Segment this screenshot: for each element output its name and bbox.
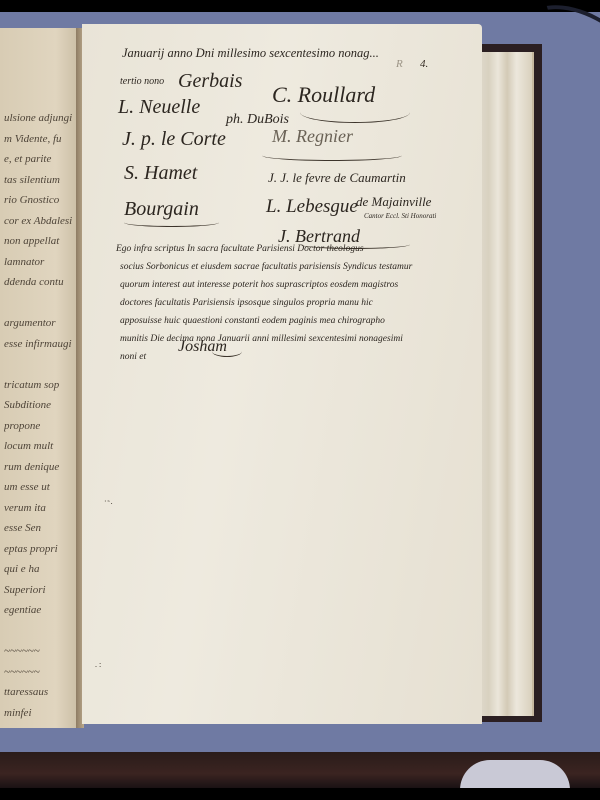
text-line: um esse ut xyxy=(4,477,76,498)
signature-majainville: de Majainville xyxy=(356,194,431,210)
text-line: cor ex Abdalesi xyxy=(4,211,76,232)
text-line: tas silentium xyxy=(4,170,76,191)
ink-smudge: · ̴ . xyxy=(104,497,113,506)
header-line: tertio nono xyxy=(120,76,164,87)
left-page-text: ulsione adjungi m Vidente, fu e, et pari… xyxy=(4,108,76,723)
text-line: esse infirmaugi xyxy=(4,334,76,355)
text-line: locum mult xyxy=(4,436,76,457)
attestation-line: munitis Die decima nona Januarii anni mi… xyxy=(120,334,403,344)
folio-mark: R xyxy=(396,58,403,70)
signature-underline xyxy=(262,150,402,161)
text-line: esse Sen xyxy=(4,518,76,539)
text-line: ~~~~~~ xyxy=(4,662,76,683)
ink-specks: . : xyxy=(95,660,101,669)
signature-hamet: S. Hamet xyxy=(124,162,197,185)
text-line: propone xyxy=(4,416,76,437)
text-line: qui e ha xyxy=(4,559,76,580)
text-line: rum denique xyxy=(4,457,76,478)
signature-flourish xyxy=(212,346,242,357)
text-line: eptas propri xyxy=(4,539,76,560)
text-line: Subditione xyxy=(4,395,76,416)
folio-number: 4. xyxy=(420,58,428,70)
text-line: m Vidente, fu xyxy=(4,129,76,150)
text-line: ttaressaus xyxy=(4,682,76,703)
attestation-line: quorum interest aut interesse poterit ho… xyxy=(120,280,398,290)
text-line: ~~~~~~ xyxy=(4,641,76,662)
text-line xyxy=(4,621,76,642)
signature-underline xyxy=(124,218,219,227)
text-line: tricatum sop xyxy=(4,375,76,396)
signature-neuelle: L. Neuelle xyxy=(118,96,200,119)
signature-lecorte: J. p. le Corte xyxy=(122,128,226,151)
signature-lefevre: J. J. le fevre de Caumartin xyxy=(268,170,406,186)
attestation-line: socius Sorbonicus et eiusdem sacrae facu… xyxy=(120,262,412,272)
text-line: Superiori xyxy=(4,580,76,601)
signature-lebesgue: L. Lebesgue xyxy=(266,196,358,218)
signature-flourish xyxy=(300,102,410,123)
attestation-line: apposuisse huic quaestioni constanti eod… xyxy=(120,316,385,326)
header-line: Januarij anno Dni millesimo sexcentesimo… xyxy=(122,46,379,61)
text-line: non appellat xyxy=(4,231,76,252)
cloth xyxy=(460,760,570,790)
photo-top-border xyxy=(0,0,600,12)
left-page: ulsione adjungi m Vidente, fu e, et pari… xyxy=(0,28,80,728)
attestation-line: doctores facultatis Parisiensis ipsosque… xyxy=(120,298,373,308)
photo-bottom-border xyxy=(0,788,600,800)
text-line: ddenda contu xyxy=(4,272,76,293)
signature-title: Cantor Eccl. Sti Honorati xyxy=(364,212,436,220)
text-line: verum ita xyxy=(4,498,76,519)
attestation-line: Ego infra scriptus In sacra facultate Pa… xyxy=(116,244,364,254)
text-line: lamnator xyxy=(4,252,76,273)
text-line: ulsione adjungi xyxy=(4,108,76,129)
signature-gerbais: Gerbais xyxy=(178,70,242,93)
text-line: rio Gnostico xyxy=(4,190,76,211)
text-line: argumentor xyxy=(4,313,76,334)
text-line: minfei xyxy=(4,703,76,724)
text-line: e, et parite xyxy=(4,149,76,170)
text-line xyxy=(4,293,76,314)
text-line xyxy=(4,354,76,375)
text-line: egentiae xyxy=(4,600,76,621)
signature-regnier: M. Regnier xyxy=(272,126,353,147)
attestation-line: noni et xyxy=(120,352,146,362)
